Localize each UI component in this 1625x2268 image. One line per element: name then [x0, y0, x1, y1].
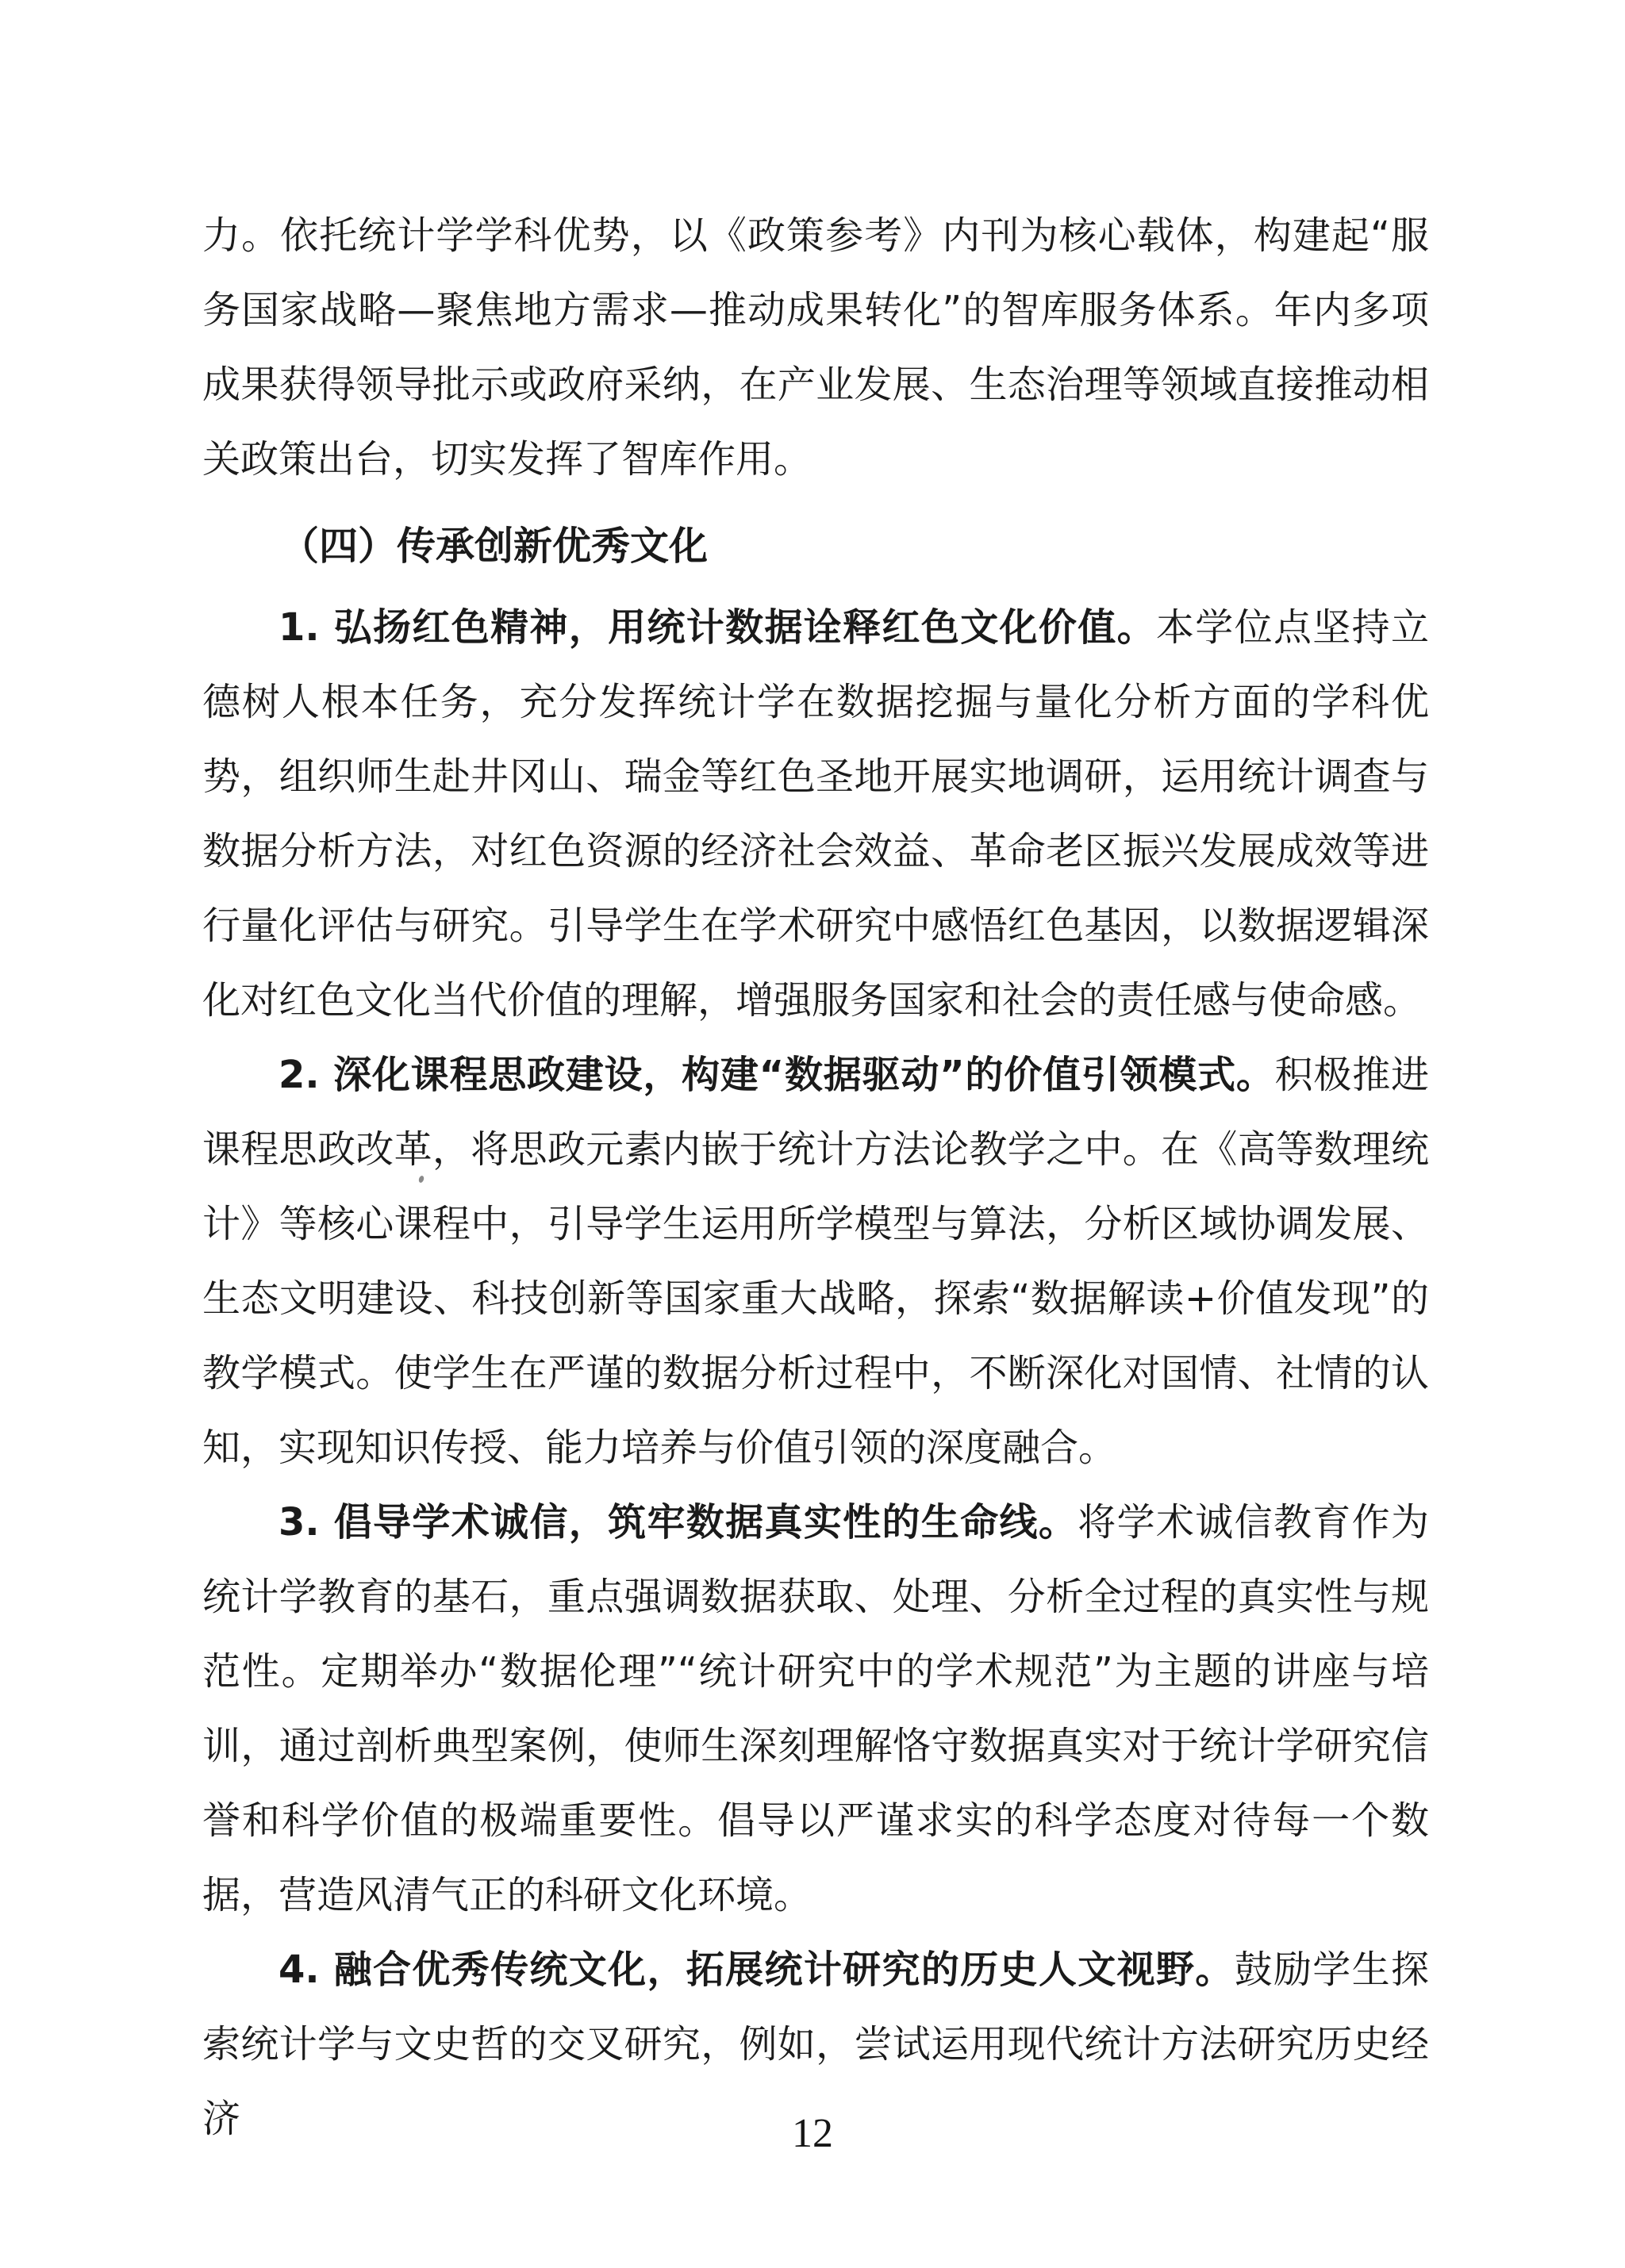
paragraph-3-lead: 3. 倡导学术诚信，筑牢数据真实性的生命线。 — [279, 1500, 1078, 1545]
paragraph-3-body: 将学术诚信教育作为统计学教育的基石，重点强调数据获取、处理、分析全过程的真实性与… — [202, 1500, 1429, 1917]
paragraph-2: 2. 深化课程思政建设，构建“数据驱动”的价值引领模式。积极推进课程思政改革，将… — [202, 1038, 1429, 1485]
paragraph-1-lead: 1. 弘扬红色精神，用统计数据诠释红色文化价值。 — [279, 605, 1156, 650]
paragraph-2-body: 积极推进课程思政改革，将思政元素内嵌于统计方法论教学之中。在《高等数理统计》等核… — [202, 1053, 1429, 1470]
intro-paragraph: 力。依托统计学学科优势，以《政策参考》内刊为核心载体，构建起“服务国家战略—聚焦… — [202, 198, 1429, 497]
document-page: 力。依托统计学学科优势，以《政策参考》内刊为核心载体，构建起“服务国家战略—聚焦… — [0, 0, 1625, 2268]
paragraph-1-body: 本学位点坚持立德树人根本任务，充分发挥统计学在数据挖掘与量化分析方面的学科优势，… — [202, 605, 1429, 1023]
page-number: 12 — [0, 2112, 1625, 2156]
page-content: 力。依托统计学学科优势，以《政策参考》内刊为核心载体，构建起“服务国家战略—聚焦… — [202, 198, 1429, 2156]
section-heading: （四）传承创新优秀文化 — [202, 509, 1429, 584]
paragraph-4-lead: 4. 融合优秀传统文化，拓展统计研究的历史人文视野。 — [279, 1948, 1235, 1992]
paragraph-1: 1. 弘扬红色精神，用统计数据诠释红色文化价值。本学位点坚持立德树人根本任务，充… — [202, 590, 1429, 1038]
paragraph-2-lead: 2. 深化课程思政建设，构建“数据驱动”的价值引领模式。 — [279, 1053, 1275, 1097]
paragraph-3: 3. 倡导学术诚信，筑牢数据真实性的生命线。将学术诚信教育作为统计学教育的基石，… — [202, 1485, 1429, 1932]
